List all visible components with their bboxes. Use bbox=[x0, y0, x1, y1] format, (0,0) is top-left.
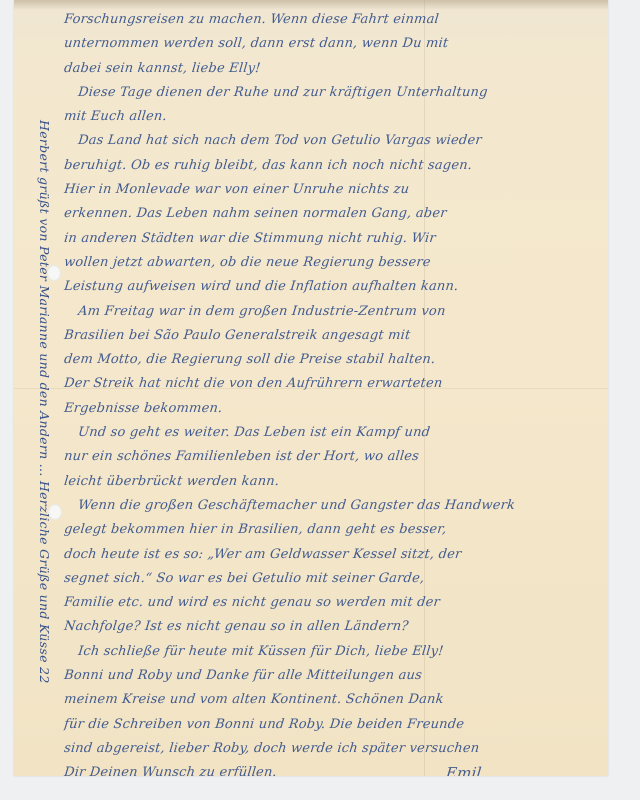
letter-line: Brasilien bei São Paulo Generalstreik an… bbox=[63, 324, 606, 348]
letter-line: Das Land hat sich nach dem Tod von Getul… bbox=[63, 129, 606, 153]
letter-line: für die Schreiben von Bonni und Roby. Di… bbox=[63, 713, 606, 737]
letter-line: wollen jetzt abwarten, ob die neue Regie… bbox=[63, 251, 606, 275]
letter-closing-line: Dir Deinen Wunsch zu erfüllen. Emil bbox=[63, 761, 606, 776]
letter-paper: Herbert grüßt von Peter Marianne und den… bbox=[14, 0, 608, 776]
letter-line: unternommen werden soll, dann erst dann,… bbox=[63, 32, 606, 56]
scanned-letter: Herbert grüßt von Peter Marianne und den… bbox=[0, 0, 640, 800]
letter-line: Nachfolge? Ist es nicht genau so in alle… bbox=[63, 615, 606, 639]
letter-line: in anderen Städten war die Stimmung nich… bbox=[63, 227, 606, 251]
letter-line: Diese Tage dienen der Ruhe und zur kräft… bbox=[63, 81, 606, 105]
letter-line: gelegt bekommen hier in Brasilien, dann … bbox=[63, 518, 606, 542]
letter-body: Forschungsreisen zu machen. Wenn diese F… bbox=[64, 8, 604, 776]
signature: Emil bbox=[445, 761, 483, 776]
letter-line: mit Euch allen. bbox=[63, 105, 606, 129]
letter-line: Ergebnisse bekommen. bbox=[63, 397, 606, 421]
letter-line: doch heute ist es so: „Wer am Geldwasser… bbox=[63, 543, 606, 567]
letter-line: Und so geht es weiter. Das Leben ist ein… bbox=[63, 421, 606, 445]
letter-line: dabei sein kannst, liebe Elly! bbox=[63, 57, 606, 81]
letter-line: meinem Kreise und vom alten Kontinent. S… bbox=[63, 688, 606, 712]
letter-line: Am Freitag war in dem großen Industrie-Z… bbox=[63, 300, 606, 324]
letter-line: Forschungsreisen zu machen. Wenn diese F… bbox=[63, 8, 606, 32]
letter-line: beruhigt. Ob es ruhig bleibt, das kann i… bbox=[63, 154, 606, 178]
letter-line: erkennen. Das Leben nahm seinen normalen… bbox=[63, 202, 606, 226]
letter-line: Wenn die großen Geschäftemacher und Gang… bbox=[63, 494, 606, 518]
letter-line: segnet sich.“ So war es bei Getulio mit … bbox=[63, 567, 606, 591]
letter-line: Dir Deinen Wunsch zu erfüllen. bbox=[63, 765, 277, 776]
margin-note-text: Herbert grüßt von Peter Marianne und den… bbox=[37, 120, 52, 684]
letter-line: Hier in Monlevade war von einer Unruhe n… bbox=[63, 178, 606, 202]
margin-note: Herbert grüßt von Peter Marianne und den… bbox=[36, 120, 56, 770]
letter-line: Bonni und Roby und Danke für alle Mittei… bbox=[63, 664, 606, 688]
letter-line: Der Streik hat nicht die von den Aufrühr… bbox=[63, 372, 606, 396]
letter-line: sind abgereist, lieber Roby, doch werde … bbox=[63, 737, 606, 761]
letter-line: Leistung aufweisen wird und die Inflatio… bbox=[63, 275, 606, 299]
letter-line: Ich schließe für heute mit Küssen für Di… bbox=[63, 640, 606, 664]
letter-line: dem Motto, die Regierung soll die Preise… bbox=[63, 348, 606, 372]
letter-line: nur ein schönes Familienleben ist der Ho… bbox=[63, 445, 606, 469]
letter-line: Familie etc. und wird es nicht genau so … bbox=[63, 591, 606, 615]
letter-line: leicht überbrückt werden kann. bbox=[63, 470, 606, 494]
